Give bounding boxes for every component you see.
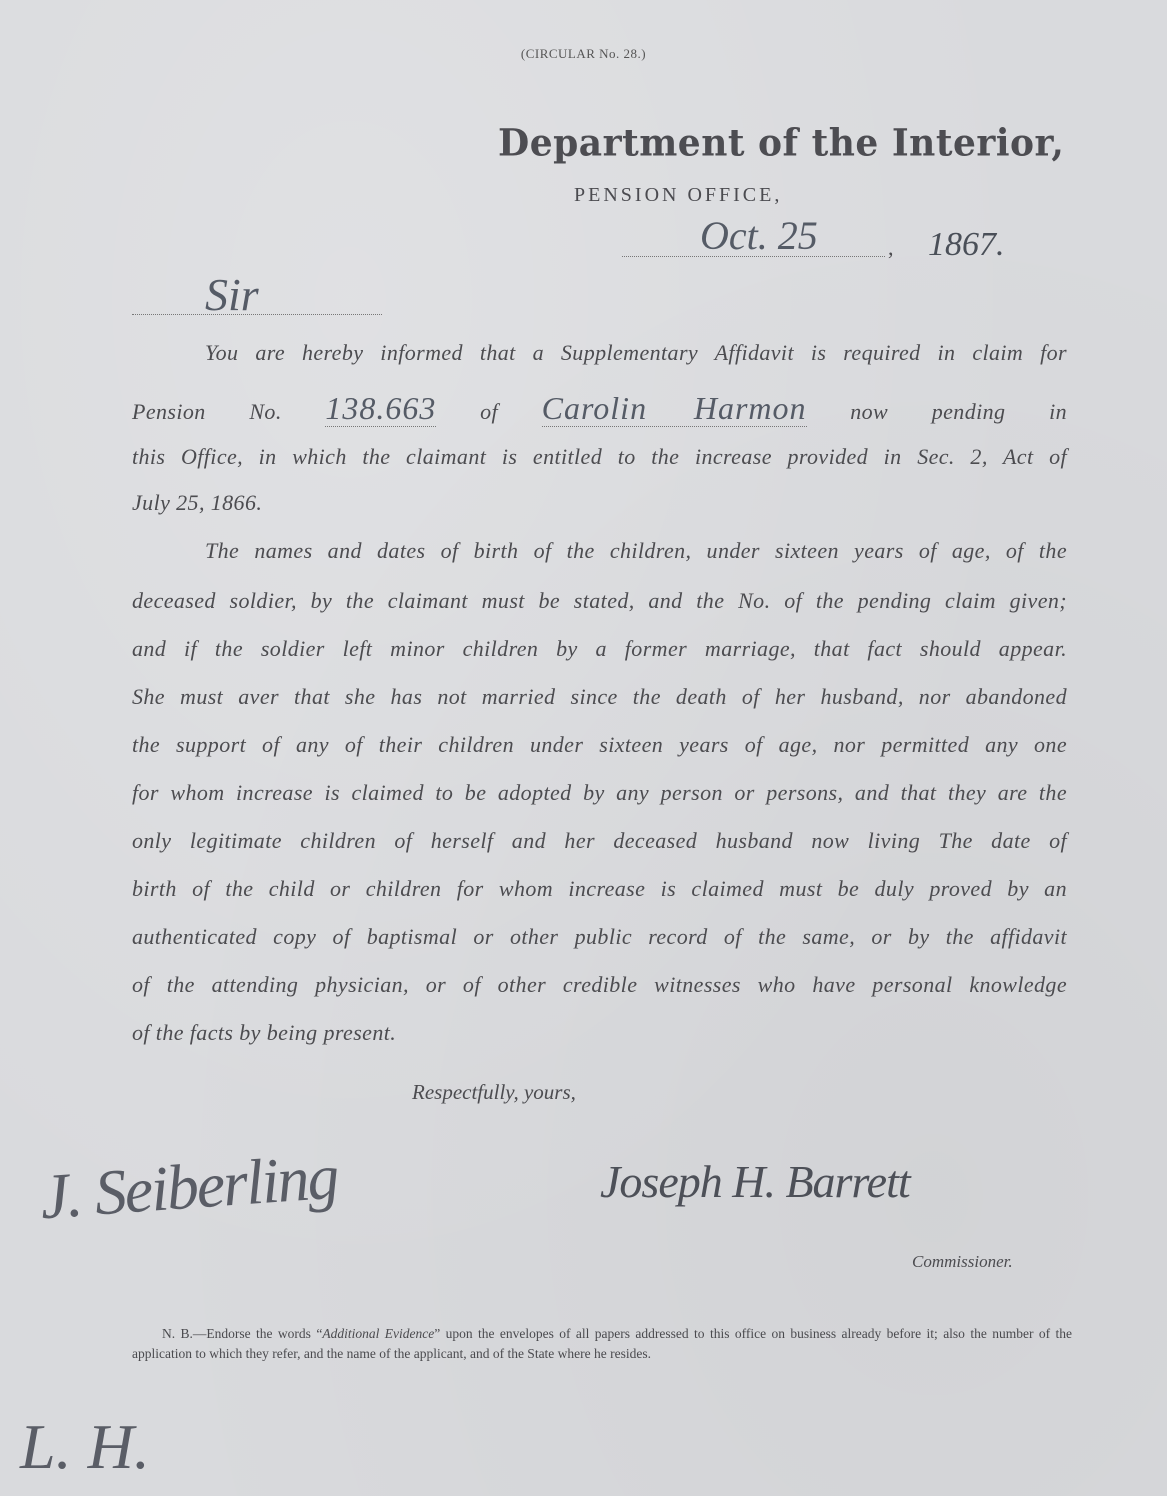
commissioner-signature: Joseph H. Barrett bbox=[600, 1155, 910, 1208]
commissioner-title: Commissioner. bbox=[912, 1252, 1013, 1272]
paragraph-1-line-1: You are hereby informed that a Supplemen… bbox=[205, 340, 1067, 366]
claimant-name: Carolin Harmon bbox=[542, 390, 807, 427]
closing: Respectfully, yours, bbox=[412, 1080, 576, 1105]
paragraph-2-line-2: deceased soldier, by the claimant must b… bbox=[132, 588, 1067, 614]
pension-label: Pension No. bbox=[132, 399, 282, 424]
clerk-signature: J. Seiberling bbox=[38, 1140, 340, 1235]
note-prefix: N. B.—Endorse the words “ bbox=[132, 1326, 322, 1341]
paragraph-1-line-4: July 25, 1866. bbox=[132, 490, 1067, 516]
paragraph-2-line-4: She must aver that she has not married s… bbox=[132, 684, 1067, 710]
document-page: (CIRCULAR No. 28.) Department of the Int… bbox=[0, 0, 1167, 1496]
paragraph-1-line-3: this Office, in which the claimant is en… bbox=[132, 444, 1067, 470]
paragraph-1-line-2: Pension No. 138.663 of Carolin Harmon no… bbox=[132, 390, 1067, 427]
paragraph-2-line-1: The names and dates of birth of the chil… bbox=[205, 538, 1067, 564]
note-emphasis: Additional Evidence bbox=[322, 1326, 434, 1341]
paragraph-2-line-10: of the attending physician, or of other … bbox=[132, 972, 1067, 998]
salutation: Sir bbox=[205, 268, 259, 321]
paragraph-2-line-5: the support of any of their children und… bbox=[132, 732, 1067, 758]
department-heading: Department of the Interior, bbox=[498, 121, 1064, 165]
circular-number: (CIRCULAR No. 28.) bbox=[0, 46, 1167, 62]
handwritten-initials: L. H. bbox=[20, 1410, 150, 1484]
pending-label: now pending in bbox=[850, 399, 1067, 424]
office-heading: PENSION OFFICE, bbox=[574, 184, 782, 207]
paragraph-2-line-9: authenticated copy of baptismal or other… bbox=[132, 924, 1067, 950]
paragraph-2-line-6: for whom increase is claimed to be adopt… bbox=[132, 780, 1067, 806]
paragraph-2-line-11: of the facts by being present. bbox=[132, 1020, 1067, 1046]
date-year: 1867. bbox=[928, 226, 1005, 264]
date-month-day: Oct. 25 bbox=[700, 212, 818, 259]
paragraph-2-line-7: only legitimate children of herself and … bbox=[132, 828, 1067, 854]
date-comma: , bbox=[888, 235, 894, 261]
paragraph-2-line-3: and if the soldier left minor children b… bbox=[132, 636, 1067, 662]
paragraph-2-line-8: birth of the child or children for whom … bbox=[132, 876, 1067, 902]
pension-number: 138.663 bbox=[325, 390, 436, 427]
nota-bene: N. B.—Endorse the words “Additional Evid… bbox=[132, 1324, 1072, 1364]
of-label: of bbox=[480, 399, 498, 424]
